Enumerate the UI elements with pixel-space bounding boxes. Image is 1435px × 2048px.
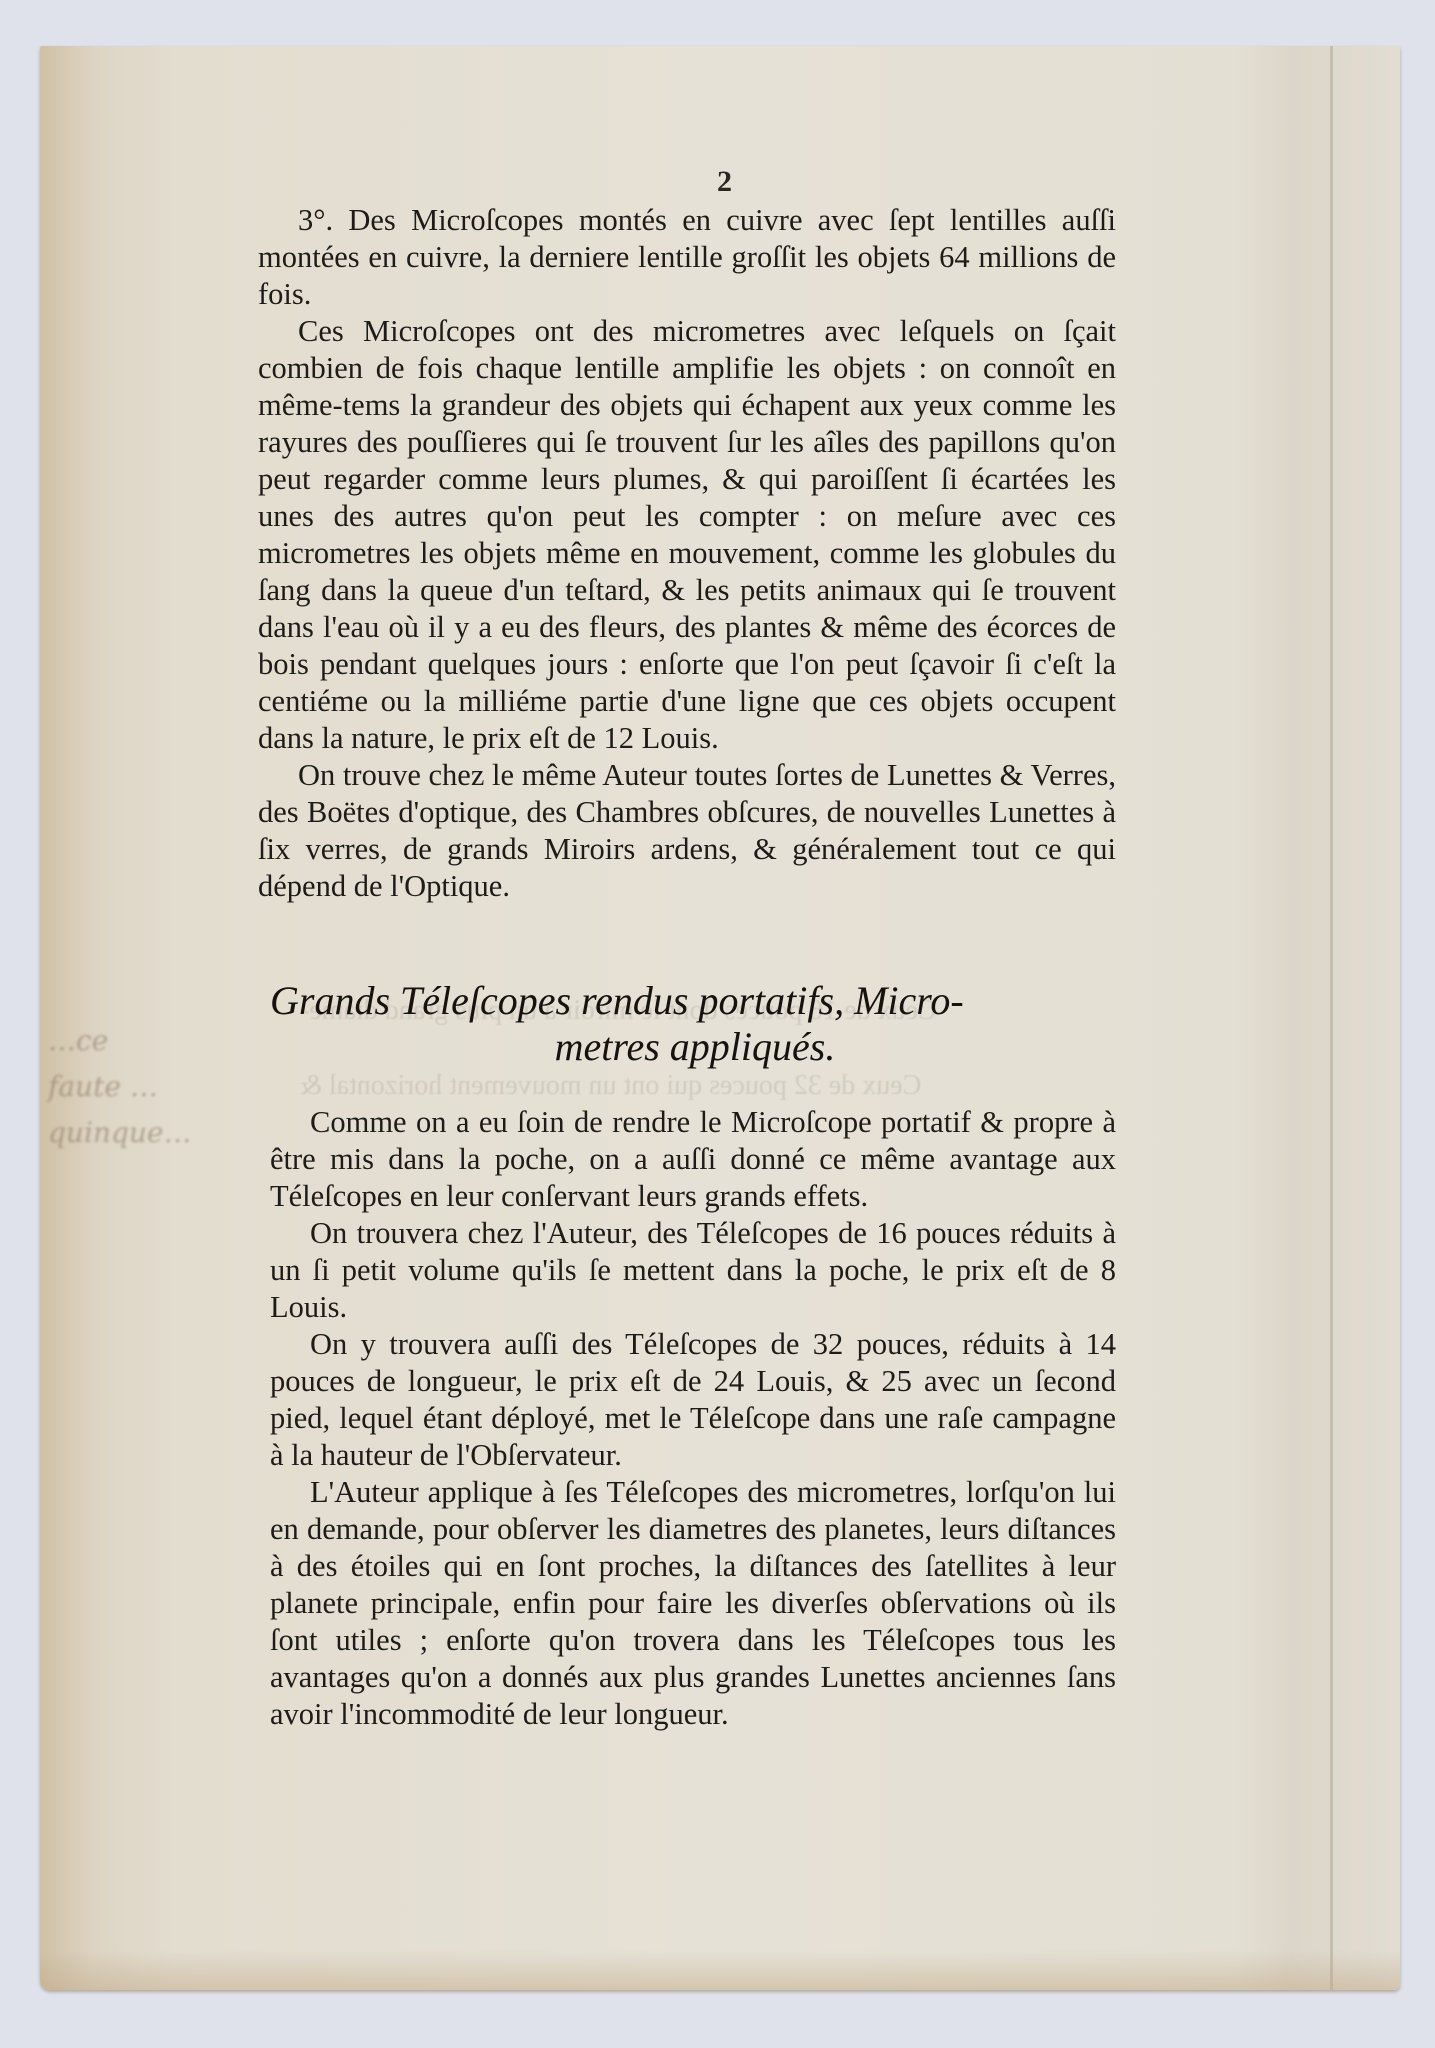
page-number: 2: [717, 165, 732, 199]
paragraph: On trouvera chez l'Auteur, des Téleſcope…: [270, 1215, 1116, 1326]
paragraph: L'Auteur applique à ſes Téleſcopes des m…: [270, 1474, 1116, 1733]
heading-line-1: Grands Téleſcopes rendus portatifs, Micr…: [270, 978, 1120, 1024]
show-through-text: Ceux de 32 pouces qui ont un mouvement h…: [300, 1070, 921, 1102]
paragraph: Ces Microſcopes ont des micrometres avec…: [258, 313, 1116, 757]
section-microscopes: 3°. Des Microſcopes montés en cuivre ave…: [258, 202, 1116, 905]
handwritten-margin-note: …ce faute … quinque…: [48, 1018, 168, 1156]
paragraph: On trouve chez le même Auteur toutes ſor…: [258, 757, 1116, 905]
paragraph: Comme on a eu ſoin de rendre le Microſco…: [270, 1104, 1116, 1215]
section-telescopes: Comme on a eu ſoin de rendre le Microſco…: [270, 1104, 1116, 1733]
section-heading: Grands Téleſcopes rendus portatifs, Micr…: [270, 978, 1120, 1070]
paragraph: On y trouvera auſſi des Téleſcopes de 32…: [270, 1326, 1116, 1474]
page-fold-line: [1330, 46, 1333, 1990]
paragraph: 3°. Des Microſcopes montés en cuivre ave…: [258, 202, 1116, 313]
heading-line-2: metres appliqués.: [555, 1024, 836, 1069]
